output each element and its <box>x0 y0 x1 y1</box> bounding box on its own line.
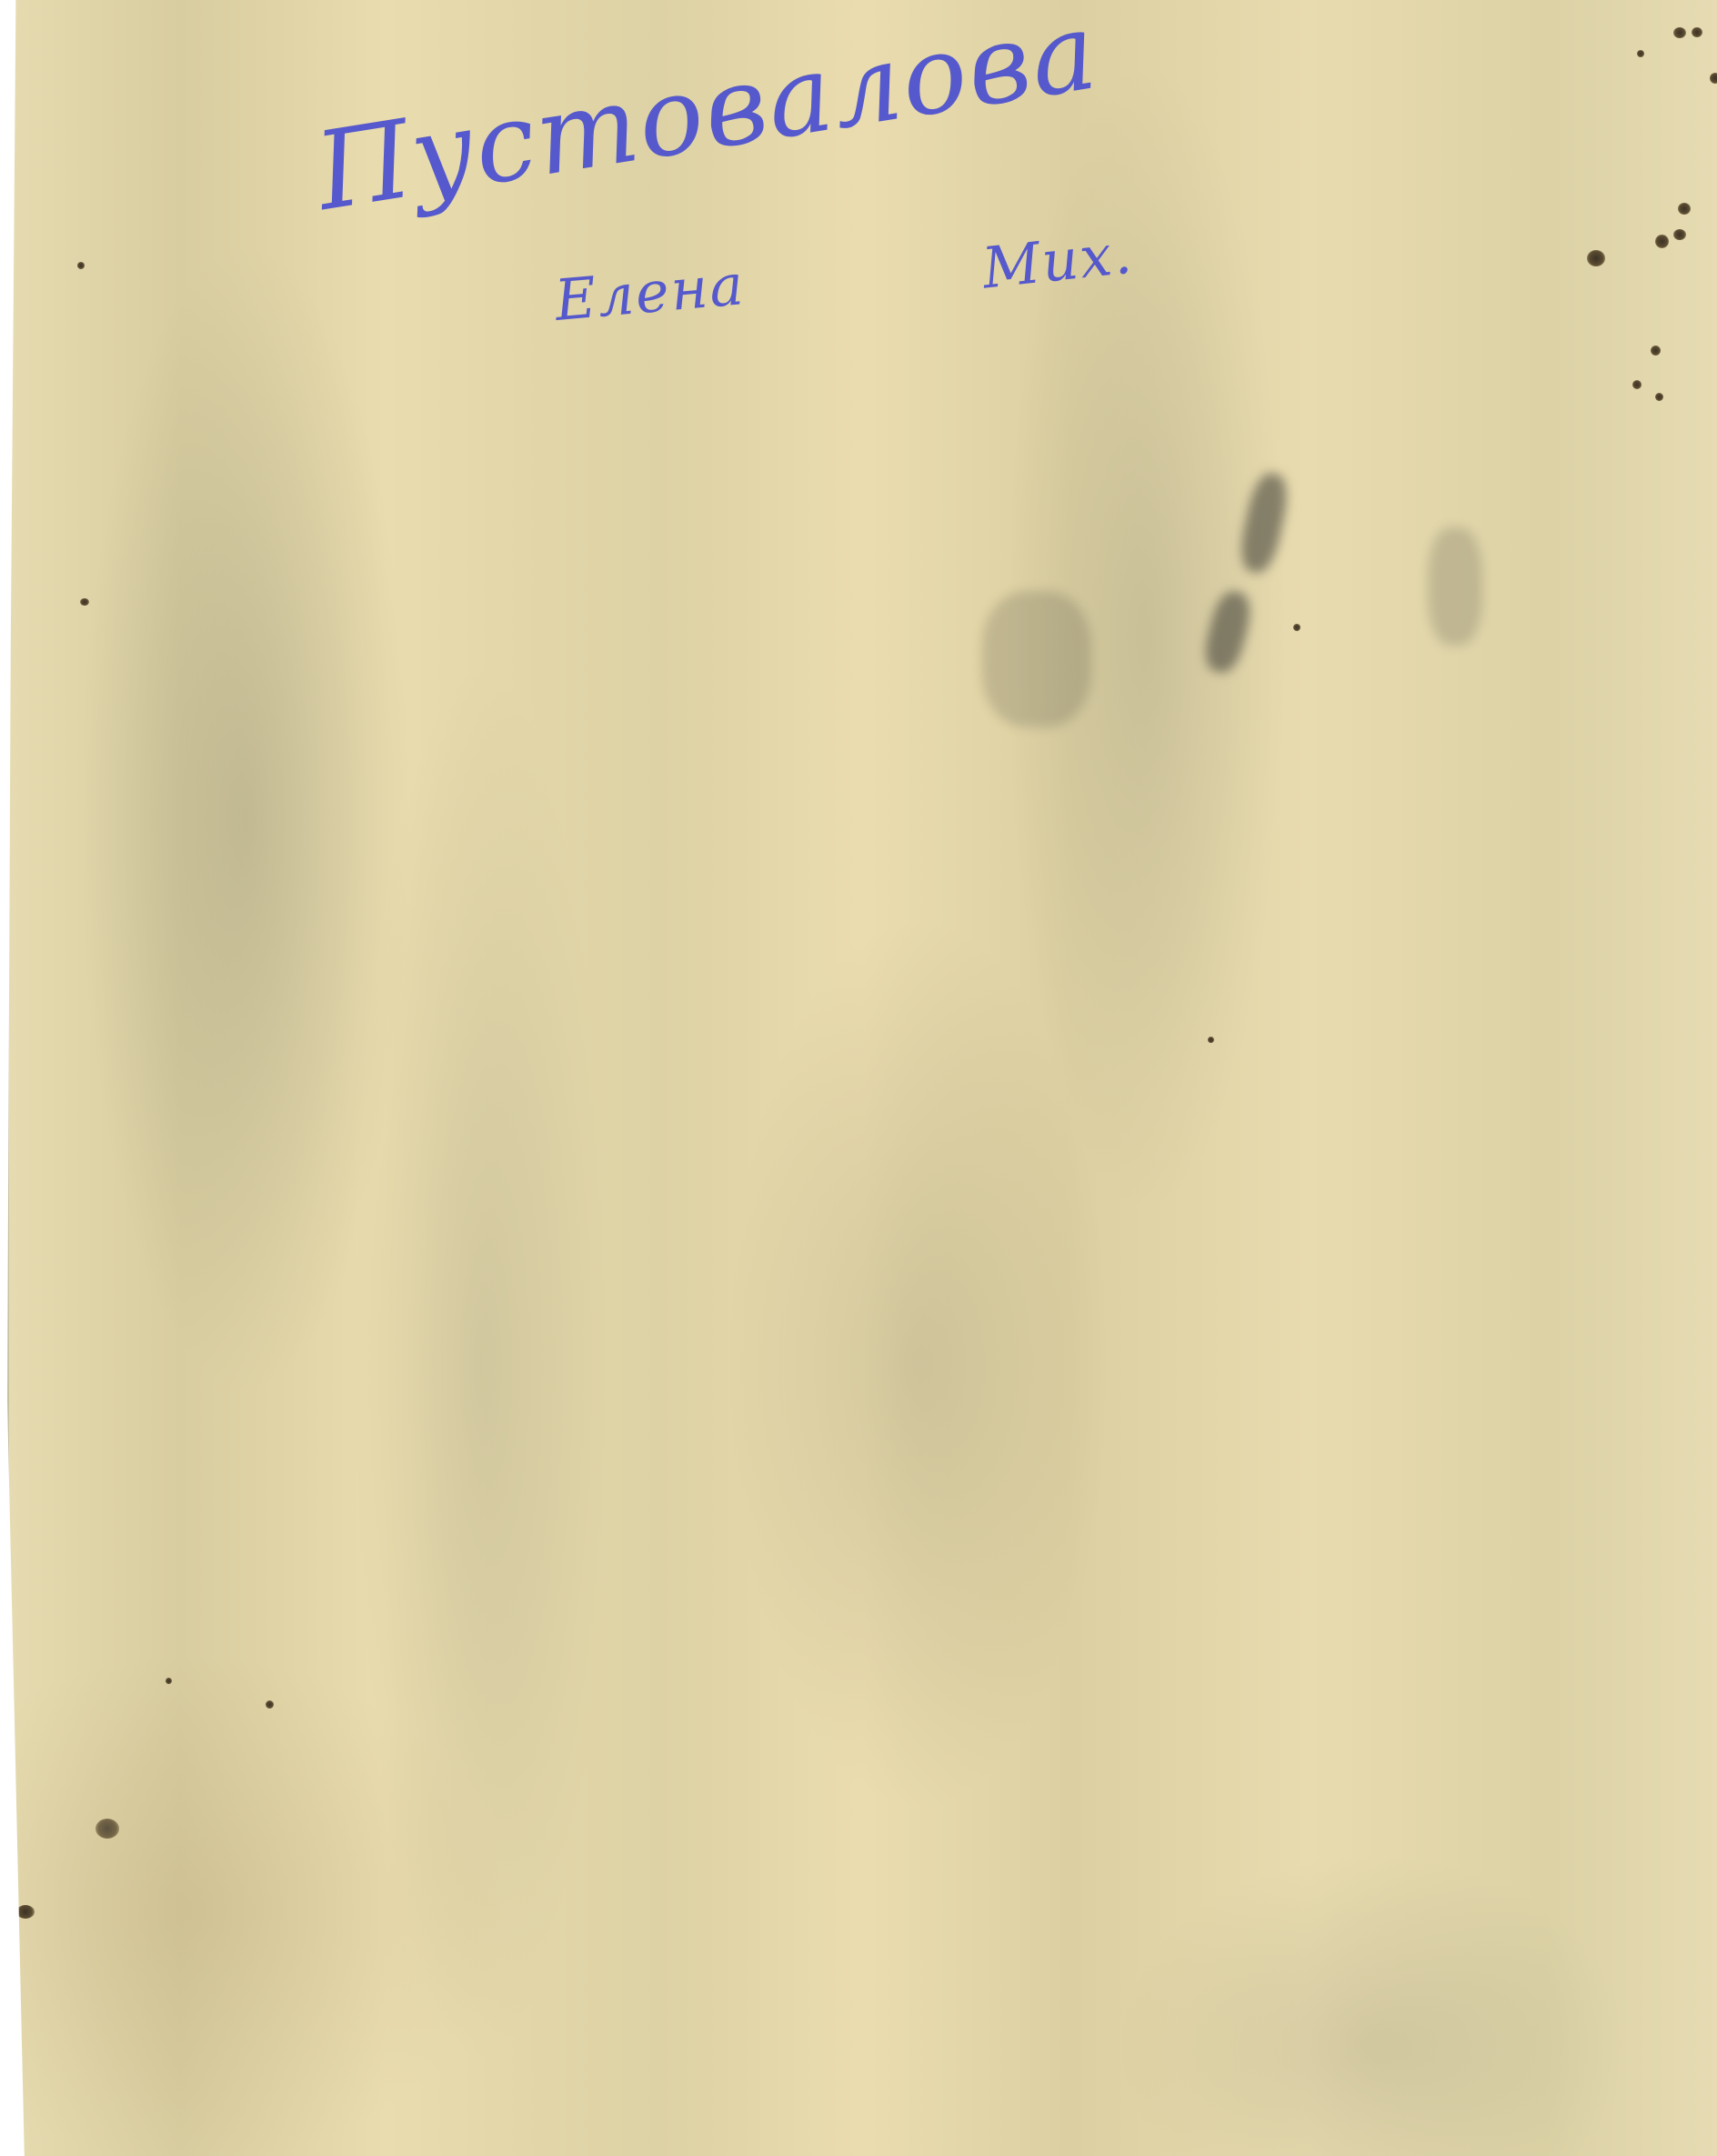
stain-spot <box>1673 27 1686 38</box>
stain-spot <box>1587 250 1605 266</box>
stain-spot <box>77 262 85 269</box>
stain-spot <box>1208 1037 1214 1043</box>
stain-spot <box>1293 624 1300 631</box>
handwritten-patronymic: Мих. <box>979 220 1137 302</box>
stain-spot <box>1655 235 1669 248</box>
smudge-mark <box>1236 470 1292 576</box>
stain-spot <box>80 598 89 606</box>
stain-spot <box>166 1678 172 1684</box>
smudge-mark <box>982 591 1091 727</box>
stain-spot <box>16 1905 35 1919</box>
stain-spot <box>1710 73 1717 84</box>
smudge-mark <box>1428 527 1482 646</box>
smudge-mark <box>1200 587 1256 676</box>
stain-spot <box>1632 380 1642 389</box>
stain-spot <box>1651 346 1661 356</box>
stain-spot <box>1655 393 1663 401</box>
stain-spot <box>1692 27 1702 37</box>
stain-spot <box>1678 203 1691 215</box>
handwritten-given-name: Елена <box>552 251 748 334</box>
stain-spot <box>266 1700 274 1709</box>
paper-sheet: Пустовалова Елена Мих. <box>7 0 1717 2156</box>
stain-spot <box>95 1819 119 1839</box>
handwritten-surname: Пустовалова <box>307 0 1106 235</box>
stain-spot <box>1637 50 1644 57</box>
stain-spot <box>1673 229 1686 240</box>
